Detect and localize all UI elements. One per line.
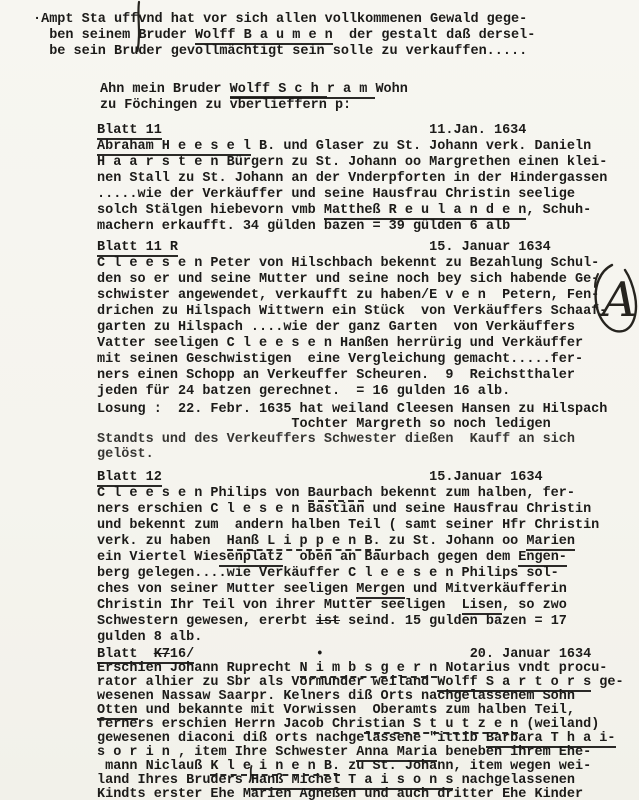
text-segment: 20. Januar 1634 [470,647,592,662]
text-line: C l e e s e n Philips von Baurbach beken… [97,486,639,502]
document-page: ·Ampt Sta uffvnd hat vor sich allen voll… [0,0,639,800]
blatt-11-heading: Blatt 11 11.Jan. 1634 [97,123,639,139]
text-line: drichen zu Hilspach Wittwern ein Stück v… [97,304,639,320]
text-segment: ners erschien C l e s e n [97,502,308,517]
text-segment: der gestalt daß dersel- [333,28,536,43]
text-segment: C l e e s e n Peter von Hilschbach beken… [97,256,599,271]
text-segment: ferners erschien Herrn Jacob Chri [97,717,364,732]
text-segment: (weiland) [518,717,599,732]
text-line: be sein Bruder gevollmächtigt sein solle… [33,44,639,60]
text-segment [162,470,429,485]
text-segment: p: [327,98,351,113]
text-segment: nen Stall zu St. Johann an der Vnderpfor… [97,171,607,186]
text-line: Schwestern gewesen, ererbt ist seind. 15… [97,614,639,630]
text-line: Otten und bekannte mit Vorwissen Oberamt… [97,704,639,718]
text-line: gewesenen diaconi diß orts nachgelassene… [97,732,639,746]
underlined-name: Blatt 11 R [97,240,178,257]
text-segment: gulden 8 alb. [97,630,202,645]
blatt-16-heading: Blatt K716/ • 20. Januar 1634 [97,648,639,662]
text-segment: ches von seiner Mutter seeligen [97,582,356,597]
text-segment: Tochter Margreth so noch ledigen [97,417,551,432]
text-line: rator alhier zu Sbr als Vormunder weilan… [97,676,639,690]
text-line: verk. zu haben Hanß L i p p e n B. zu St… [97,534,639,550]
text-segment: 11.Jan. 1634 [429,123,526,138]
text-line: berg gelegen....wie Verkäuffer C l e e s… [97,566,639,582]
text-segment: ein Viertel Wie [97,550,219,565]
text-segment: land Ihres Bruders [97,773,251,788]
underlined-name: Engen- [518,550,567,567]
text-segment: 15.Januar 1634 [429,470,542,485]
underlined-name: Blatt 11 [97,123,162,140]
text-segment [194,647,316,662]
underlined-name: Lisen [462,598,503,615]
text-segment [324,647,470,662]
text-segment: rator alhier zu Sbr als Vormunder weilan… [97,675,437,690]
text-line: ein Viertel Wiesenplatz oben an Baurbach… [97,550,639,566]
text-segment: ben seinem Bruder [33,28,195,43]
text-segment: schwister angewendet, verkaufft zu haben… [97,288,599,303]
text-line: mit seinen Geschwistigen eine Vergleichu… [97,352,639,368]
text-segment: Standts und des Verkeuffers Schwester di… [97,432,575,447]
text-segment: • [316,647,324,662]
underlined-name: Marien [526,534,575,551]
text-line: ners einen Schopp an Verkeuffer Scheuren… [97,368,639,384]
underlined-name: Hanß L i p p e n B. [227,534,381,551]
text-line: Standts und des Verkeuffers Schwester di… [97,432,639,447]
entry-blatt-12: Blatt 12 15.Januar 1634C l e e s e n Phi… [97,470,639,646]
text-segment: , Schuh- [526,203,591,218]
text-segment: drichen zu Hilspach Wittwern ein Stück v… [97,304,607,319]
text-segment: ge- [591,675,623,690]
text-line: s o r i n , item Ihre Schwester Anna Mar… [97,746,639,760]
underlined-name: Blatt 12 [97,470,162,487]
text-segment: wesenen Nassaw Saarpr. Kelners diß Orts … [97,689,575,704]
text-segment: Wohn [375,82,407,97]
text-segment: 15. Januar 1634 [429,240,551,255]
text-segment: und bekannte mit Vorwissen Oberamts zum … [138,703,575,718]
text-line: wesenen Nassaw Saarpr. Kelners diß Orts … [97,690,639,704]
text-line: ferners erschien Herrn Jacob Christian S… [97,718,639,732]
delivery-note: Ahn mein Bruder Wolff S c h r a m Wohnzu… [100,82,639,114]
text-segment [178,240,429,255]
text-segment: oben an Baurbach gegen dem [283,550,518,565]
text-segment: ners einen Schopp an Verkeuffer Scheuren… [97,368,575,383]
text-segment: zu St. Johann, item wegen wei- [340,759,591,774]
text-segment: und seine Hausfrau Christin [364,502,591,517]
text-line: ches von seiner Mutter seeligen Mergen u… [97,582,639,598]
text-line: nen Stall zu St. Johann an der Vnderpfor… [97,171,639,187]
text-line: jeden für 24 batzen gerechnet. = 16 guld… [97,384,639,400]
text-line: mann Niclauß K l e i n e n B. zu St. Joh… [97,760,639,774]
text-segment: den so er und seine Mutter und seine noc… [97,272,599,287]
underlined-name: Mergen [356,582,405,599]
text-line: Kindts erster Ehe Marien Agneßen und auc… [97,788,639,800]
text-line: land Ihres Bruders Hanß Michel T a i s o… [97,774,639,788]
text-line: den so er und seine Mutter und seine noc… [97,272,639,288]
pen-stroke-icon [130,0,148,54]
text-line: solch Stälgen hiebevorn vmb Mattheß R e … [97,203,639,219]
text-segment: ist [316,614,340,629]
text-segment: garten zu Hilspach ....wie der ganz Gart… [97,320,575,335]
text-segment: und auch dritter Ehe Kinder [356,787,583,800]
text-line: garten zu Hilspach ....wie der ganz Gart… [97,320,639,336]
text-segment: s o r i n , item Ihre Schwester [97,745,356,760]
losung-note: Losung : 22. Febr. 1635 hat weiland Clee… [97,402,639,462]
text-segment: machern erkaufft. 34 gülden bazen = 39 g… [97,219,510,234]
text-line: ·Ampt Sta uffvnd hat vor sich allen voll… [33,12,639,28]
text-segment: vberlieffern [230,96,327,113]
text-segment: , so zwo [502,598,567,613]
text-line: ners erschien C l e s e n Bastian und se… [97,502,639,518]
text-segment: C l e e s e n Philips von Baurbach beken… [97,486,575,501]
text-segment: be sein Bruder gevollmächtigt sein solle… [33,44,527,59]
text-segment: berg gelegen....wie Verkäuffer C l e e s… [97,566,559,581]
text-segment: gewesenen diaconi diß orts nachgelassene… [97,731,486,746]
blatt-12-heading: Blatt 12 15.Januar 1634 [97,470,639,486]
text-line: machern erkaufft. 34 gülden bazen = 39 g… [97,219,639,235]
text-segment: solch Stälgen hiebevorn vmb [97,203,324,218]
text-segment: gelöst. [97,447,154,462]
text-segment: Losung : 22. Febr. 1635 hat weiland Clee… [97,402,607,417]
scanned-document: { "page": { "paper_color": "#f6f5f0", "i… [0,0,639,800]
text-line: gelöst. [97,447,639,462]
text-segment: Erschien Johann Ruprecht [97,661,300,676]
text-segment: B. und Glaser zu St. Johann verk. Daniel… [251,139,591,154]
text-segment: Schwestern gewesen, ererbt [97,614,316,629]
text-segment: zu St. Johann oo [381,534,527,549]
text-segment: und bekennt zum andern halben Teil ( sam… [97,518,599,533]
underlined-name: Marien Agneßen [243,787,356,800]
text-segment: .....wie der Verkäuffer und seine Hausfr… [97,187,575,202]
text-line: gulden 8 alb. [97,630,639,646]
text-segment: verk. zu haben [97,534,227,549]
text-segment: seind. 15 gulden bazen = 17 [340,614,567,629]
text-segment: nachgelassenen [453,773,575,788]
text-segment: Kindts erster Ehe [97,787,243,800]
text-segment: mit seinen Geschwistigen eine Vergleichu… [97,352,583,367]
text-segment: zu Föchingen zu [100,98,230,113]
text-line: H a a r s t e n Bürgern zu St. Johann oo… [97,155,639,171]
text-line: und bekennt zum andern halben Teil ( sam… [97,518,639,534]
margin-annotation-a-icon: A [592,258,639,340]
text-segment: ·Ampt Sta uffvnd hat vor sich allen voll… [33,12,527,27]
text-segment: und Mitverkäufferin [405,582,567,597]
text-segment: Vatter seeligen C l e e s e n Hanßen her… [97,336,583,351]
text-line: zu Föchingen zu vberlieffern p: [100,98,639,114]
text-segment: H a a r s t e n Bürgern zu St. Johann oo… [97,155,607,170]
text-line: Vatter seeligen C l e e s e n Hanßen her… [97,336,639,352]
pen-mark-icon [246,764,256,784]
text-line: Tochter Margreth so noch ledigen [97,417,639,432]
text-line: schwister angewendet, verkaufft zu haben… [97,288,639,304]
text-line: Abraham H e e s e l B. und Glaser zu St.… [97,139,639,155]
text-segment: Ahn mein Bruder [100,82,230,97]
entry-blatt-11: Blatt 11 11.Jan. 1634Abraham H e e s e l… [97,123,639,235]
text-segment: Christin Ihr Teil von ihrer Mutter seeli… [97,598,462,613]
text-segment: beneben ihrem Ehe- [437,745,591,760]
text-line: Christin Ihr Teil von ihrer Mutter seeli… [97,598,639,614]
underlined-name: senplatz [219,550,284,567]
text-line: Losung : 22. Febr. 1635 hat weiland Clee… [97,402,639,417]
typewritten-text: ·Ampt Sta uffvnd hat vor sich allen voll… [0,12,639,800]
underlined-name: Wolff B a u m e n [195,28,333,45]
entry-blatt-11r: Blatt 11 R 15. Januar 1634C l e e s e n … [97,240,639,400]
text-segment [162,123,429,138]
entry-blatt-16: Blatt K716/ • 20. Januar 1634Erschien Jo… [97,648,639,800]
text-line: Erschien Johann Ruprecht N i m b s g e r… [97,662,639,676]
margin-letter: A [598,272,637,328]
text-line: ben seinem Bruder Wolff B a u m e n der … [33,28,639,44]
text-segment: Notarius vndt procu- [437,661,607,676]
text-line: C l e e s e n Peter von Hilschbach beken… [97,256,639,272]
underlined-name: Abraham H e e s e l [97,139,251,156]
text-line: .....wie der Verkäuffer und seine Hausfr… [97,187,639,203]
text-line: Ahn mein Bruder Wolff S c h r a m Wohn [100,82,639,98]
text-segment: jeden für 24 batzen gerechnet. = 16 guld… [97,384,510,399]
text-segment: Bastian [308,500,365,517]
text-segment: mann Niclauß [97,759,210,774]
blatt-11r-heading: Blatt 11 R 15. Januar 1634 [97,240,639,256]
underlined-name: Mattheß R e u l a n d e n [324,203,527,220]
intro-paragraph: ·Ampt Sta uffvnd hat vor sich allen voll… [33,12,639,60]
